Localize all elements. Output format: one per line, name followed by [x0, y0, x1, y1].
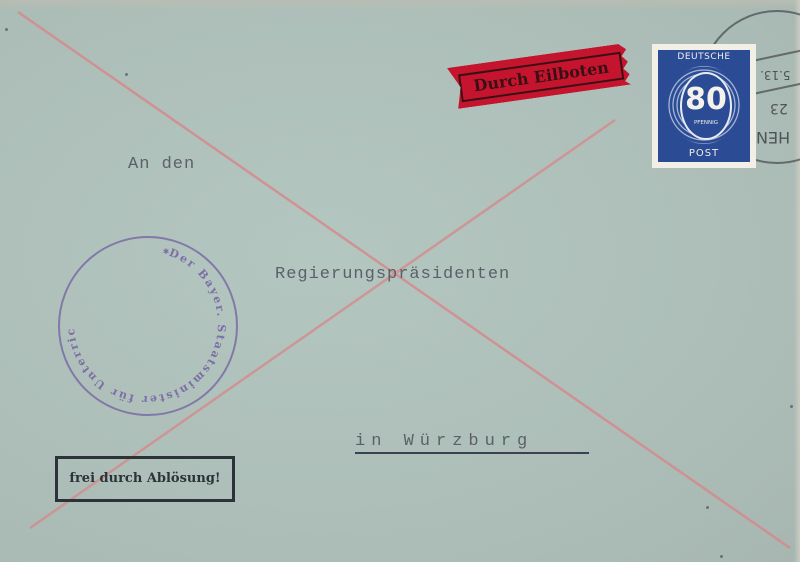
svg-text:Der Bayer. Staatsminister für: Der Bayer. Staatsminister für Unterricht	[58, 236, 228, 406]
stamp-country: DEUTSCHE	[658, 52, 750, 62]
stamp-value: 80	[682, 82, 730, 117]
paper-speck	[5, 28, 8, 31]
address-underline	[355, 452, 589, 454]
seal-text-ring: Der Bayer. Staatsminister für Unterricht	[58, 236, 234, 412]
address-line-3: in Würzburg	[355, 432, 533, 451]
stamp-center-oval: 80 PFENNIG	[680, 72, 732, 140]
seal-star-icon: ✱	[163, 246, 169, 258]
postage-note-box: frei durch Ablösung!	[55, 456, 235, 502]
postmark-date: 5.13.	[760, 68, 791, 82]
postage-note-text: frei durch Ablösung!	[58, 459, 232, 499]
paper-speck	[706, 506, 709, 509]
postmark-number: 23	[770, 100, 788, 116]
stamp-design: DEUTSCHE 80 PFENNIG POST	[658, 50, 750, 162]
paper-speck	[720, 555, 723, 558]
paper-speck	[125, 73, 128, 76]
paper-speck	[790, 405, 793, 408]
envelope: 5.13. 23 HEN Durch Eilboten DEUTSCHE 80 …	[0, 0, 800, 562]
address-line-1: An den	[128, 155, 195, 174]
postmark-city-fragment: HEN	[756, 128, 790, 147]
address-line-2: Regierungspräsidenten	[275, 265, 510, 284]
stamp-unit: PFENNIG	[682, 120, 730, 126]
seal-text: Der Bayer. Staatsminister für Unterricht	[58, 236, 228, 406]
postage-stamp: DEUTSCHE 80 PFENNIG POST	[652, 44, 756, 168]
stamp-footer: POST	[658, 148, 750, 159]
